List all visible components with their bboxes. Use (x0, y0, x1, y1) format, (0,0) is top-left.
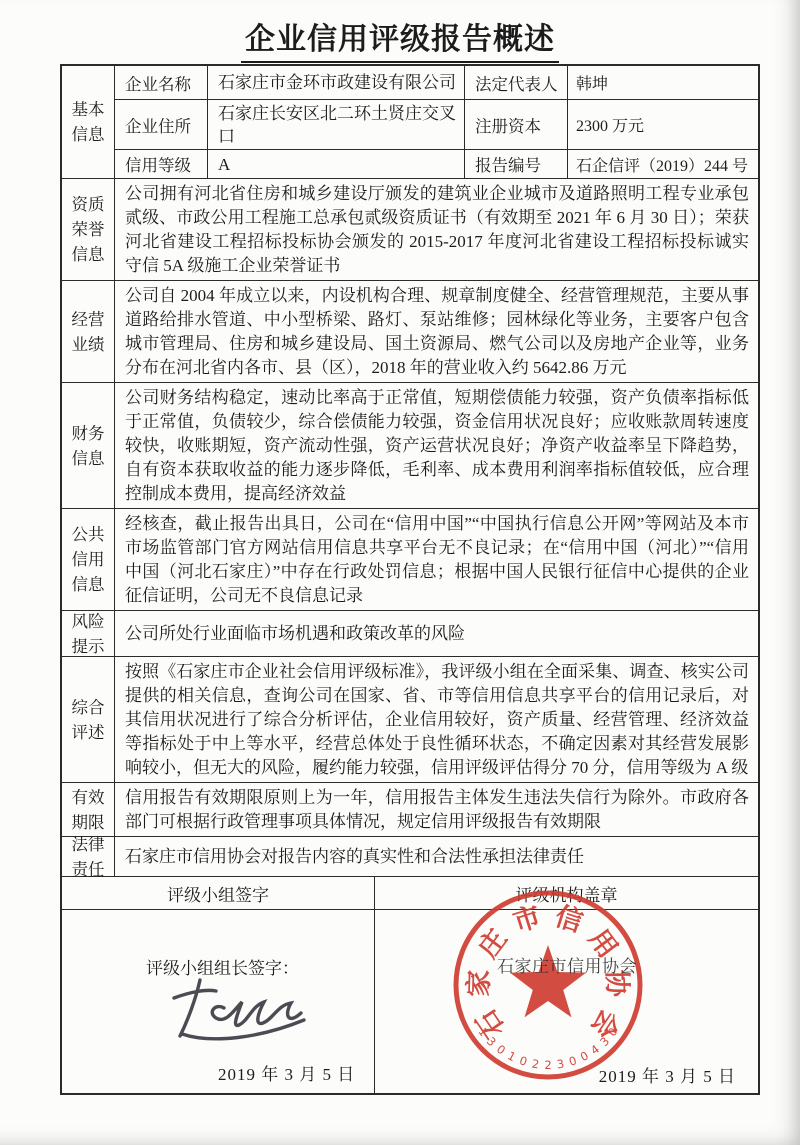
section-label-qualification-honors: 资质荣誉信息 (62, 179, 115, 280)
report-number-value: 石企信评（2019）244 号 (567, 149, 758, 178)
table-row-qualification-honors: 资质荣誉信息 公司拥有河北省住房和城乡建设厅颁发的建筑业企业城市及道路照明工程专… (62, 178, 758, 280)
section-label-business-performance: 经营业绩 (62, 281, 115, 382)
svg-text:信: 信 (552, 900, 587, 938)
svg-text:4: 4 (588, 1042, 602, 1058)
report-number-label: 报告编号 (464, 149, 567, 178)
svg-text:0: 0 (518, 1053, 529, 1069)
rating-team-signature-header: 评级小组签字 (62, 877, 375, 909)
company-address-label: 企业住所 (115, 99, 207, 149)
section-label-text: 风险提示 (70, 609, 107, 659)
validity-period-text: 信用报告有效期限原则上为一年，信用报告主体发生违法失信行为除外。市政府各部门可根… (115, 783, 758, 836)
public-credit-info-text: 经核查，截止报告出具日，公司在“信用中国”“中国执行信息公开网”等网站及本市市场… (115, 509, 758, 610)
signature-date-right: 2019 年 3 月 5 日 (599, 1062, 736, 1087)
rating-team-signature-cell: 评级小组组长签字： 2019 年 3 月 5 日 (62, 910, 375, 1093)
stamp-organization-text: 石家庄市信用协会 (497, 952, 637, 977)
credit-grade-value: A (207, 149, 464, 178)
basic-info-grid: 企业名称 石家庄市金环市政建设有限公司 法定代表人 韩坤 企业住所 石家庄长安区… (115, 66, 758, 178)
signature-date-left: 2019 年 3 月 5 日 (218, 1060, 355, 1085)
svg-text:1: 1 (505, 1048, 518, 1064)
section-label-text: 经营业绩 (70, 307, 107, 357)
svg-text:家: 家 (464, 969, 495, 997)
section-label-legal-liability: 法律责任 (62, 837, 115, 876)
section-label-text: 有效期限 (70, 785, 107, 835)
rating-agency-stamp-cell: 石家庄市信用协会1301022300430 石家庄市信用协会 2019 年 3 … (375, 910, 758, 1093)
financial-info-text: 公司财务结构稳定，速动比率高于正常值，短期偿债能力较强，资产负债率指标低于正常值… (115, 383, 758, 508)
table-row-comprehensive-review: 综合评述 按照《石家庄市企业社会信用评级标准》，我评级小组在全面采集、调查、核实… (62, 656, 758, 782)
page-title: 企业信用评级报告概述 (241, 14, 559, 63)
table-row-signature-body: 评级小组组长签字： 2019 年 3 月 5 日 石家庄市信用协会1301022… (62, 909, 758, 1093)
official-stamp: 石家庄市信用协会1301022300430 (440, 877, 656, 1093)
section-label-text: 公共信用信息 (70, 522, 107, 597)
section-label-public-credit-info: 公共信用信息 (62, 509, 115, 610)
section-label-risk-notice: 风险提示 (62, 611, 115, 656)
section-label-text: 法律责任 (70, 832, 107, 882)
table-row-risk-notice: 风险提示 公司所处行业面临市场机遇和政策改革的风险 (62, 610, 758, 656)
handwritten-signature (164, 972, 314, 1052)
report-table: 基本信息 企业名称 石家庄市金环市政建设有限公司 法定代表人 韩坤 企业住所 石… (60, 64, 760, 1095)
risk-notice-text: 公司所处行业面临市场机遇和政策改革的风险 (115, 611, 758, 656)
legal-liability-text: 石家庄市信用协会对报告内容的真实性和合法性承担法律责任 (115, 837, 758, 876)
table-row-validity-period: 有效期限 信用报告有效期限原则上为一年，信用报告主体发生违法失信行为除外。市政府… (62, 782, 758, 836)
svg-text:2: 2 (544, 1058, 551, 1072)
svg-text:市: 市 (510, 901, 545, 938)
svg-text:0: 0 (494, 1042, 508, 1058)
table-row-basic-info: 基本信息 企业名称 石家庄市金环市政建设有限公司 法定代表人 韩坤 企业住所 石… (62, 66, 758, 178)
table-row-financial-info: 财务信息 公司财务结构稳定，速动比率高于正常值，短期偿债能力较强，资产负债率指标… (62, 382, 758, 508)
section-label-text: 综合评述 (70, 695, 107, 745)
company-name-label: 企业名称 (115, 66, 207, 99)
svg-text:3: 3 (556, 1057, 565, 1072)
company-name-value: 石家庄市金环市政建设有限公司 (207, 66, 464, 99)
section-label-basic-info: 基本信息 (62, 66, 115, 178)
svg-text:2: 2 (531, 1057, 540, 1072)
comprehensive-review-text: 按照《石家庄市企业社会信用评级标准》，我评级小组在全面采集、调查、核实公司提供的… (115, 657, 758, 782)
registered-capital-label: 注册资本 (464, 99, 567, 149)
svg-text:0: 0 (567, 1053, 578, 1069)
table-row-business-performance: 经营业绩 公司自 2004 年成立以来，内设机构合理、规章制度健全、经营管理规范… (62, 280, 758, 382)
company-address-value: 石家庄长安区北二环土贤庄交叉口 (207, 99, 464, 149)
table-row-public-credit-info: 公共信用信息 经核查，截止报告出具日，公司在“信用中国”“中国执行信息公开网”等… (62, 508, 758, 610)
section-label-financial-info: 财务信息 (62, 383, 115, 508)
section-label-comprehensive-review: 综合评述 (62, 657, 115, 782)
table-row-legal-liability: 法律责任 石家庄市信用协会对报告内容的真实性和合法性承担法律责任 (62, 836, 758, 876)
qualification-honors-text: 公司拥有河北省住房和城乡建设厅颁发的建筑业企业城市及道路照明工程专业承包贰级、市… (115, 179, 758, 280)
legal-rep-label: 法定代表人 (464, 66, 567, 99)
svg-text:0: 0 (578, 1048, 591, 1064)
credit-grade-label: 信用等级 (115, 149, 207, 178)
legal-rep-value: 韩坤 (567, 66, 758, 99)
section-label-text: 财务信息 (70, 421, 107, 471)
report-page: 企业信用评级报告概述 基本信息 企业名称 石家庄市金环市政建设有限公司 法定代表… (0, 0, 800, 1145)
registered-capital-value: 2300 万元 (567, 99, 758, 149)
section-label-text: 资质荣誉信息 (70, 192, 107, 267)
business-performance-text: 公司自 2004 年成立以来，内设机构合理、规章制度健全、经营管理规范，主要从事… (115, 281, 758, 382)
section-label-text: 基本信息 (70, 97, 107, 147)
section-label-validity-period: 有效期限 (62, 783, 115, 836)
